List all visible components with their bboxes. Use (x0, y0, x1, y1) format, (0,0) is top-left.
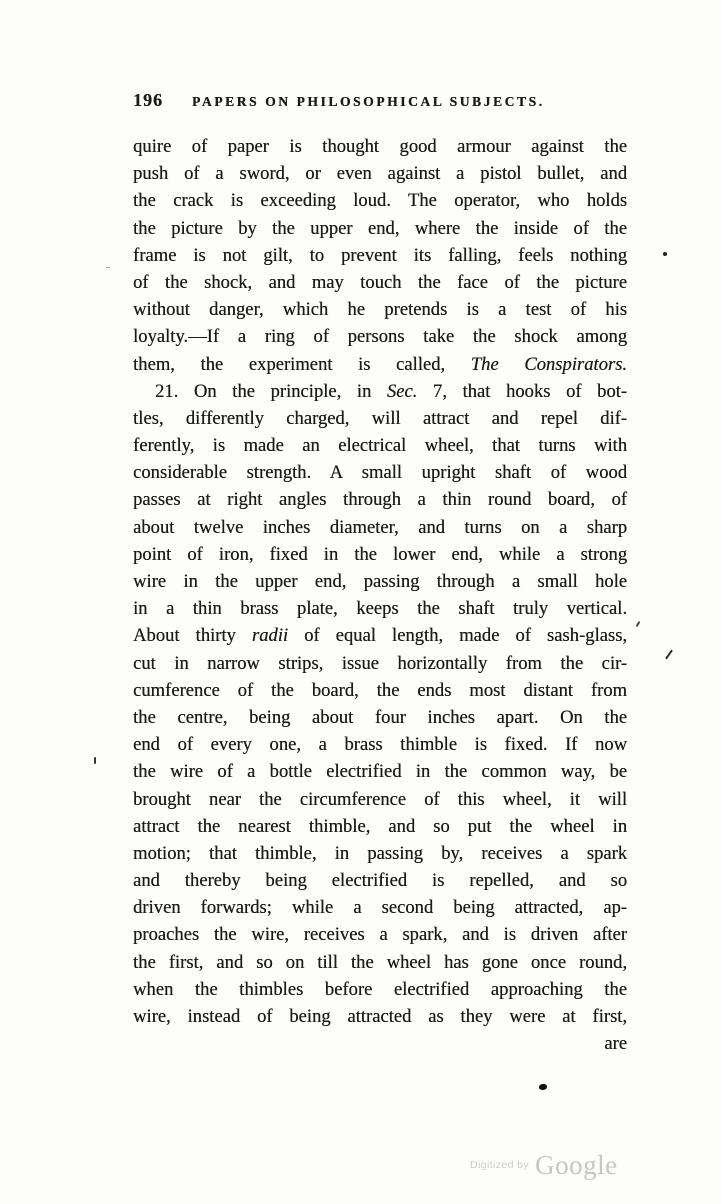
text-line: brought near the circumference of this w… (133, 786, 627, 813)
text-segment: attract the nearest thimble, and so put … (133, 816, 627, 837)
text-line: wire, instead of being attracted as they… (133, 1003, 627, 1030)
text-segment: the wire of a bottle electrified in the … (133, 761, 627, 782)
text-line: attract the nearest thimble, and so put … (133, 813, 627, 840)
running-header: 196 PAPERS ON PHILOSOPHICAL SUBJECTS. (133, 90, 627, 111)
text-line: passes at right angles through a thin ro… (133, 486, 627, 513)
text-segment: when the thimbles before electrified app… (133, 979, 627, 1000)
text-segment: tles, differently charged, will attract … (133, 408, 627, 429)
text-segment: without danger, which he pretends is a t… (133, 299, 627, 320)
ink-speck (106, 267, 110, 268)
text-segment: the first, and so on till the wheel has … (133, 952, 627, 973)
text-line: motion; that thimble, in passing by, rec… (133, 840, 627, 867)
running-title: PAPERS ON PHILOSOPHICAL SUBJECTS. (192, 94, 545, 110)
text-segment: wire in the upper end, passing through a… (133, 571, 627, 592)
text-line: and thereby being electrified is repelle… (133, 867, 627, 894)
text-line: quire of paper is thought good armour ag… (133, 133, 627, 160)
text-segment: loyalty.—If a ring of persons take the s… (133, 326, 627, 347)
text-segment: driven forwards; while a second being at… (133, 897, 627, 918)
text-segment: and thereby being electrified is repelle… (133, 870, 627, 891)
text-line: ferently, is made an electrical wheel, t… (133, 432, 627, 459)
text-segment: passes at right angles through a thin ro… (133, 489, 627, 510)
text-segment: of the shock, and may touch the face of … (133, 272, 627, 293)
ink-speck (539, 1084, 547, 1090)
text-segment: in a thin brass plate, keeps the shaft t… (133, 598, 627, 619)
text-segment: frame is not gilt, to prevent its fallin… (133, 245, 627, 266)
text-segment: About thirty (133, 625, 252, 646)
text-line: tles, differently charged, will attract … (133, 405, 627, 432)
text-segment: quire of paper is thought good armour ag… (133, 136, 627, 157)
italic-text: Sec. (387, 381, 417, 402)
text-line: without danger, which he pretends is a t… (133, 296, 627, 323)
text-line: the crack is exceeding loud. The operato… (133, 187, 627, 214)
text-line: loyalty.—If a ring of persons take the s… (133, 323, 627, 350)
text-line: frame is not gilt, to prevent its fallin… (133, 242, 627, 269)
text-segment: cut in narrow strips, issue horizontally… (133, 653, 627, 674)
text-line: considerable strength. A small upright s… (133, 459, 627, 486)
digitized-by-label: Digitized by (470, 1159, 529, 1171)
ink-speck (94, 757, 96, 764)
text-segment: considerable strength. A small upright s… (133, 462, 627, 483)
text-segment: cumference of the board, the ends most d… (133, 680, 627, 701)
text-line: about twelve inches diameter, and turns … (133, 514, 627, 541)
text-segment: the crack is exceeding loud. The operato… (133, 190, 627, 211)
ink-speck (636, 621, 641, 627)
text-segment: the centre, being about four inches apar… (133, 707, 627, 728)
italic-text: The Conspirators. (471, 354, 627, 375)
ink-speck (665, 649, 673, 659)
text-segment: 21. On the principle, in (155, 381, 387, 402)
text-segment: point of iron, fixed in the lower end, w… (133, 544, 627, 565)
text-segment: end of every one, a brass thimble is fix… (133, 734, 627, 755)
text-line: end of every one, a brass thimble is fix… (133, 731, 627, 758)
text-line: the picture by the upper end, where the … (133, 215, 627, 242)
text-line: driven forwards; while a second being at… (133, 894, 627, 921)
catchword: are (133, 1030, 627, 1057)
text-line: the first, and so on till the wheel has … (133, 949, 627, 976)
text-line: cumference of the board, the ends most d… (133, 677, 627, 704)
text-segment: wire, instead of being attracted as they… (133, 1006, 627, 1027)
text-segment: brought near the circumference of this w… (133, 789, 627, 810)
text-segment: motion; that thimble, in passing by, rec… (133, 843, 627, 864)
text-segment: ferently, is made an electrical wheel, t… (133, 435, 627, 456)
text-segment: of equal length, made of sash-glass, (288, 625, 627, 646)
text-segment: them, the experiment is called, (133, 354, 471, 375)
google-logo: Google (535, 1150, 617, 1180)
text-line: in a thin brass plate, keeps the shaft t… (133, 595, 627, 622)
text-segment: proaches the wire, receives a spark, and… (133, 924, 627, 945)
text-line: point of iron, fixed in the lower end, w… (133, 541, 627, 568)
scanned-book-page: 196 PAPERS ON PHILOSOPHICAL SUBJECTS. qu… (0, 0, 722, 1204)
text-line: them, the experiment is called, The Cons… (133, 351, 627, 378)
italic-text: radii (252, 625, 288, 646)
text-segment: 7, that hooks of bot- (417, 381, 627, 402)
text-line: proaches the wire, receives a spark, and… (133, 921, 627, 948)
ink-speck (663, 252, 667, 256)
google-watermark: Digitized byGoogle (470, 1150, 630, 1186)
text-line: 21. On the principle, in Sec. 7, that ho… (133, 378, 627, 405)
text-segment: push of a sword, or even against a pisto… (133, 163, 627, 184)
text-line: wire in the upper end, passing through a… (133, 568, 627, 595)
text-segment: the picture by the upper end, where the … (133, 218, 627, 239)
text-line: of the shock, and may touch the face of … (133, 269, 627, 296)
text-line: About thirty radii of equal length, made… (133, 622, 627, 649)
text-line: cut in narrow strips, issue horizontally… (133, 650, 627, 677)
page-number: 196 (133, 90, 163, 111)
text-segment: about twelve inches diameter, and turns … (133, 517, 627, 538)
text-line: the centre, being about four inches apar… (133, 704, 627, 731)
text-line: the wire of a bottle electrified in the … (133, 758, 627, 785)
text-block: quire of paper is thought good armour ag… (133, 133, 627, 1057)
text-line: when the thimbles before electrified app… (133, 976, 627, 1003)
text-line: push of a sword, or even against a pisto… (133, 160, 627, 187)
